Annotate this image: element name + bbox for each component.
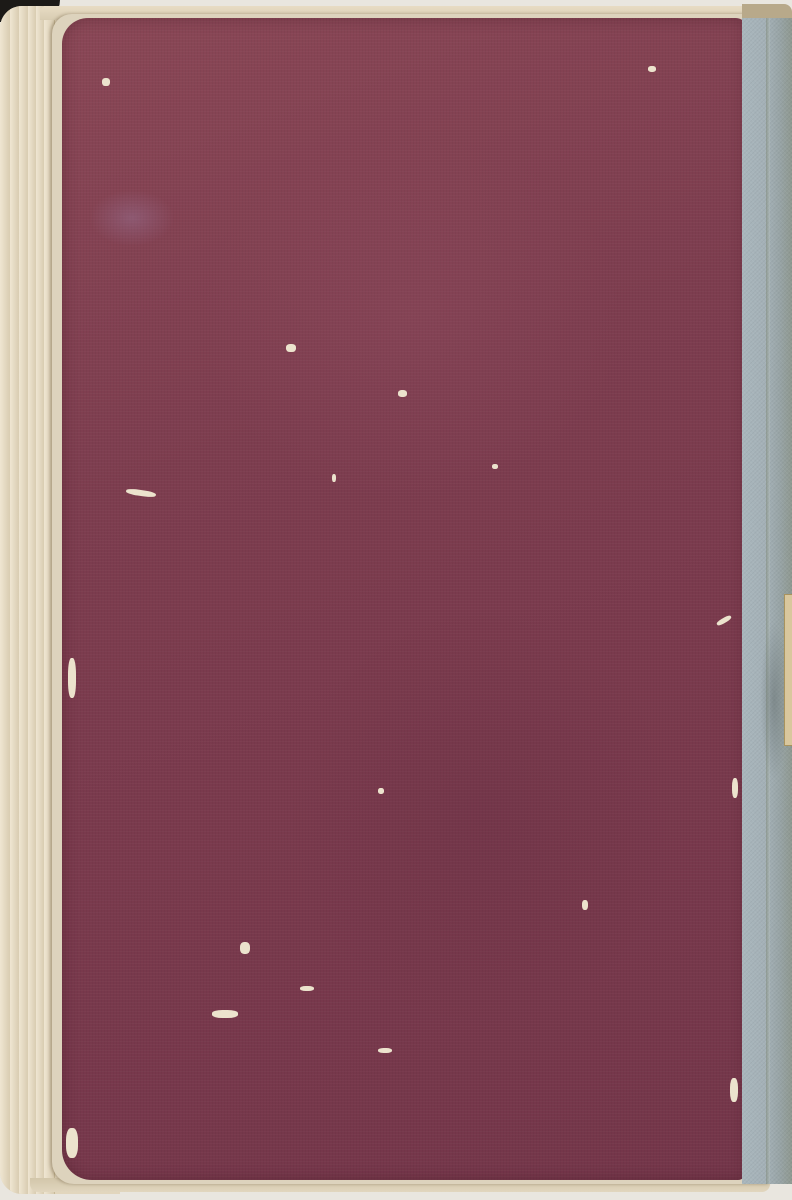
maroon-cloth-cover — [62, 18, 746, 1180]
wear-fleck — [102, 78, 110, 86]
wear-fleck — [378, 1048, 392, 1053]
wear-fleck — [716, 614, 732, 626]
wear-fleck — [378, 788, 384, 794]
spine-fold-line — [766, 18, 770, 1184]
wear-fleck — [126, 488, 157, 498]
wear-fleck — [332, 474, 336, 482]
wear-fleck — [582, 900, 588, 910]
book-back-cover-photo — [0, 0, 792, 1200]
wear-fleck — [732, 778, 738, 798]
wear-fleck — [398, 390, 407, 397]
wear-fleck — [648, 66, 656, 72]
wear-fleck — [286, 344, 296, 352]
wear-fleck — [212, 1010, 238, 1018]
wear-fleck — [240, 942, 250, 954]
wear-fleck — [68, 658, 76, 698]
spine-paper-tab — [784, 594, 792, 746]
wear-fleck — [66, 1128, 78, 1158]
wear-fleck — [300, 986, 314, 991]
wear-fleck — [730, 1078, 738, 1102]
wear-fleck — [492, 464, 498, 469]
